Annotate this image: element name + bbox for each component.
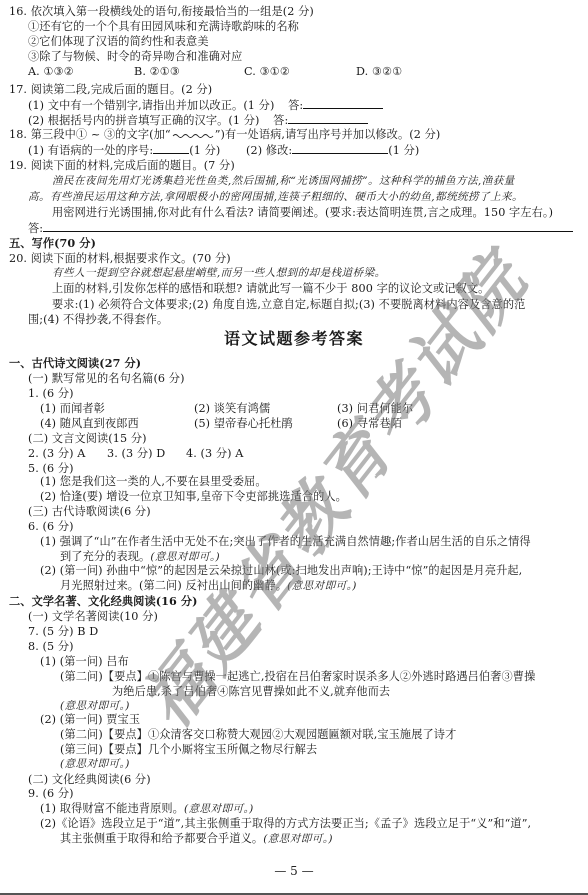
answer-q8-2-b: (第二问)【要点】①众清客交口称赞大观园②大观园题匾额对联,宝玉施展了诗才 — [60, 727, 456, 742]
answer-q9-1: (1) 取得财富不能违背原则。(意思对即可。) — [40, 801, 254, 817]
q16-item-2: ②它们体现了汉语的简约性和表意美 — [28, 34, 209, 49]
q20-material: 有些人一提到空谷就想起悬崖峭壁,而另一些人想到的却是栈道桥梁。 — [52, 266, 386, 281]
answer-q8-1-b-line1: (第二问)【要点】①陈宫与曹操一起逃亡,投宿在吕伯奢家时误杀多人②外逃时路遇吕伯… — [60, 669, 535, 684]
answer-q6-1-text: 到了充分的表现。 — [60, 550, 150, 563]
q18-sub2-text: (2) 修改: — [246, 144, 292, 157]
answer-q1-5: (5) 望帝春心托杜鹃 — [194, 416, 293, 431]
q19-answer-label: 答: — [28, 222, 43, 235]
answer-q1-3: (3) 问君何能尔 — [337, 401, 413, 416]
q19-material-line2: 高。有些渔民运用这种方法,拿网眼极小的密网围捕,连筷子粗细的、硬币大小的幼鱼,都… — [28, 190, 523, 205]
q16-stem: 16. 依次填入第一段横线处的语句,衔接最恰当的一组是(2 分) — [9, 4, 314, 19]
answer-q3: 3. (3 分) D — [107, 446, 165, 461]
wavy-underline-icon — [171, 128, 215, 138]
answer-q7: 7. (5 分) B D — [28, 624, 98, 639]
answers-part1-heading: (一) 默写常见的名句名篇(6 分) — [28, 371, 185, 386]
q20-requirements-line2: 围;(4) 不得抄袭,不得套作。 — [28, 312, 168, 327]
q16-item-1: ①还有它的一个个具有田园风味和充满诗歌韵味的名称 — [28, 19, 299, 34]
q19-material-line1: 渔民在夜间先用灯光诱集趋光性鱼类,然后围捕,称“光诱围网捕捞”。这种科学的捕鱼方… — [52, 174, 515, 189]
answer-q5-2: (2) 恰逢(要) 增设一位京卫知事,皇帝下令吏部挑选适合的人。 — [40, 489, 347, 504]
q18-sub2-blank[interactable] — [292, 142, 388, 154]
answers-sec2-part1-heading: (一) 文学名著阅读(10 分) — [28, 609, 158, 624]
answer-q6-2-note: (意思对即可。) — [287, 580, 357, 592]
q18-stem-after: ”)有一处语病,请写出序号并加以修改。(2 分) — [215, 128, 441, 141]
q16-option-c: C. ③①② — [244, 64, 290, 79]
q17-sub2-answer-label: 答: — [273, 114, 288, 127]
answer-q1-1: (1) 而闻者彰 — [40, 401, 105, 416]
q17-sub2: (2) 根据括号内的拼音填写正确的汉字。(1 分) 答: — [28, 112, 368, 128]
q17-sub2-answer-blank[interactable] — [288, 112, 368, 124]
q16-option-d: D. ③②① — [356, 64, 402, 79]
q16-item-3: ③除了与物候、时令的奇异吻合和准确对应 — [28, 49, 242, 64]
q20-stem: 20. 阅读下面的材料,根据要求作文。(70 分) — [9, 251, 231, 266]
answer-q1-6: (6) 寻常巷陌 — [337, 416, 402, 431]
answer-q6-2-line1: (2) (第一问) 孙曲中“惊”的起因是云朵掠过山林(或:扫地发出声响);王诗中… — [40, 563, 522, 578]
answer-q8-1-b-line2: 为绝后患,杀了吕伯奢④陈宫见曹操如此不义,就弃他而去 — [112, 684, 390, 699]
q19-answer-blank[interactable] — [43, 220, 573, 232]
q18-sub1-blank[interactable] — [153, 142, 189, 154]
q16-option-b: B. ②①③ — [134, 64, 180, 79]
answer-q9-2-line2: 其主张侧重于取得和给予都要合乎道义。(意思对即可。) — [60, 831, 333, 847]
answer-q5-1: (1) 您是我们这一类的人,不要在县里受委屈。 — [40, 474, 267, 489]
answer-q9-2-text: 其主张侧重于取得和给予都要合乎道义。 — [60, 832, 263, 845]
q19-answer: 答: — [28, 220, 573, 236]
answer-q2: 2. (3 分) A — [28, 446, 85, 461]
answer-q9-1-note: (意思对即可。) — [184, 803, 254, 815]
q18-subs: (1) 有语病的一处的序号:(1 分) (2) 修改:(1 分) — [28, 142, 419, 158]
answer-q8-label: 8. (5 分) — [28, 639, 74, 654]
q20-prompt: 上面的材料,引发你怎样的感悟和联想? 请就此写一篇不少于 800 字的议论文或记… — [52, 281, 489, 296]
answers-part2-heading: (二) 文言文阅读(15 分) — [28, 431, 147, 446]
q18-sub1-score: (1 分) — [189, 144, 220, 157]
answer-q6-1-note: (意思对即可。) — [150, 551, 220, 563]
q17-sub1-text: (1) 文中有一个错别字,请指出并加以改正。(1 分) — [28, 99, 274, 112]
answer-q6-1-line1: (1) 强调了“山”在作者生活中无处不在;突出了作者的生活充满自然情趣;作者山居… — [40, 534, 531, 549]
q17-sub2-text: (2) 根据括号内的拼音填写正确的汉字。(1 分) — [28, 114, 260, 127]
answers-part3-heading: (三) 古代诗歌阅读(6 分) — [28, 504, 151, 519]
answer-key-title: 语文试题参考答案 — [0, 326, 588, 349]
q17-sub1-answer-blank[interactable] — [303, 97, 383, 109]
q17-stem: 17. 阅读第二段,完成后面的题目。(2 分) — [9, 82, 212, 97]
q17-sub1: (1) 文中有一个错别字,请指出并加以改正。(1 分) 答: — [28, 97, 383, 113]
q18-stem: 18. 第三段中① ~ ③的文字(加“”)有一处语病,请写出序号并加以修改。(2… — [9, 127, 440, 142]
answer-q4: 4. (3 分) A — [186, 446, 243, 461]
answer-q1-label: 1. (6 分) — [28, 386, 74, 401]
q16-option-a: A. ①③② — [28, 64, 74, 79]
answers-sec2-heading: 二、文学名著、文化经典阅读(16 分) — [9, 594, 198, 609]
answer-q6-2-line2: 月光照射过来。(第二问) 反衬出山间的幽静。(意思对即可。) — [60, 578, 357, 594]
answer-q6-2-text: 月光照射过来。(第二问) 反衬出山间的幽静。 — [60, 579, 287, 592]
answer-q8-1-a: (1) (第一问) 吕布 — [40, 654, 129, 669]
q18-sub1-text: (1) 有语病的一处的序号: — [28, 144, 153, 157]
answer-q9-2-note: (意思对即可。) — [263, 833, 333, 845]
page-number: — 5 — — [0, 864, 588, 878]
q20-requirements-line1: 要求:(1) 必须符合文体要求;(2) 角度自选,立意自定,标题自拟;(3) 不… — [52, 297, 525, 312]
answer-q9-2-line1: (2)《论语》选段立足于“道”,其主张侧重于取得的方式方法要正当;《孟子》选段立… — [40, 816, 531, 831]
answer-q8-2-a: (2) (第一问) 贾宝玉 — [40, 712, 140, 727]
exam-page: 16. 依次填入第一段横线处的语句,衔接最恰当的一组是(2 分) ①还有它的一个… — [0, 0, 588, 895]
answers-sec1-heading: 一、古代诗文阅读(27 分) — [9, 356, 141, 371]
answer-q9-1-text: (1) 取得财富不能违背原则。 — [40, 802, 184, 815]
answer-q9-label: 9. (6 分) — [28, 786, 74, 801]
answer-q1-2: (2) 谈笑有鸿儒 — [194, 401, 270, 416]
section5-heading: 五、写作(70 分) — [9, 236, 96, 251]
q18-sub2-score: (1 分) — [388, 144, 419, 157]
answer-q1-4: (4) 随风直到夜郎西 — [40, 416, 139, 431]
answer-q8-2-note: (意思对即可。) — [60, 757, 130, 772]
q19-stem: 19. 阅读下面的材料,完成后面的题目。(7 分) — [9, 158, 235, 173]
answers-sec2-part2-heading: (二) 文化经典阅读(6 分) — [28, 772, 151, 787]
answer-q6-label: 6. (6 分) — [28, 519, 74, 534]
q18-stem-before: 18. 第三段中① ~ ③的文字(加“ — [9, 128, 171, 141]
q19-question: 用密网进行光诱围捕,你对此有什么看法? 请简要阐述。(要求:表达简明连贯,言之成… — [52, 205, 553, 220]
answer-q8-2-c: (第三问)【要点】几个小厮将宝玉所佩之物尽行解去 — [60, 742, 317, 757]
q17-sub1-answer-label: 答: — [288, 99, 303, 112]
